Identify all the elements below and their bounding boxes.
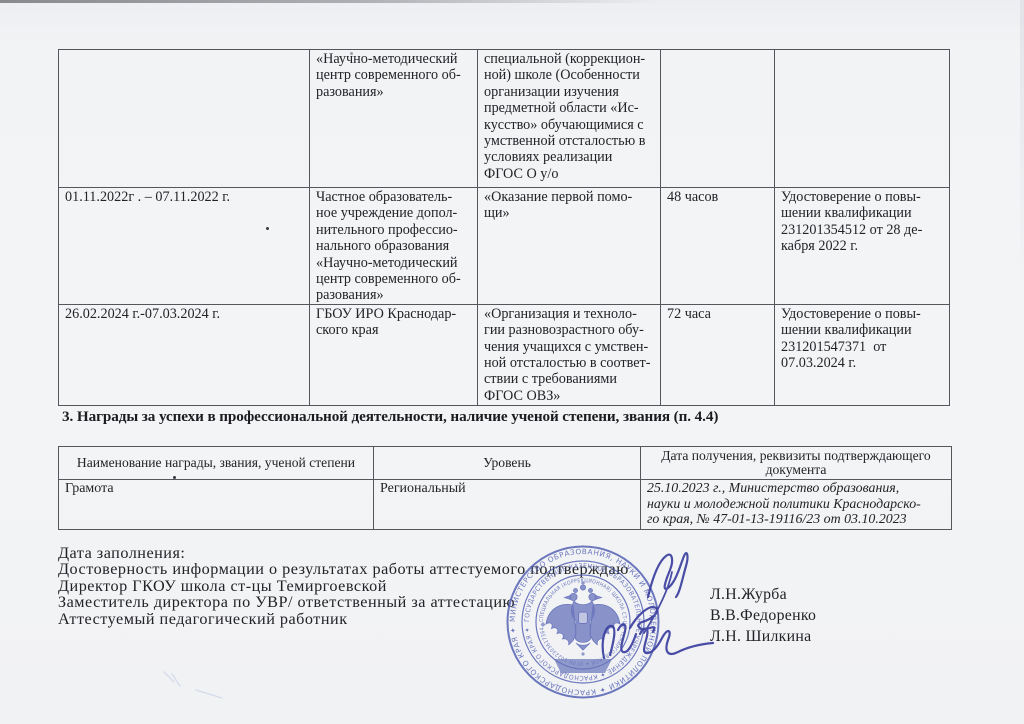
cell-certificate: Удостоверение о повы- шении квалификации… [775, 188, 950, 305]
cell-hours [661, 50, 775, 188]
cell-certificate [775, 50, 950, 188]
scan-edge-artifact [1020, 0, 1024, 724]
signature-zhurba [648, 553, 687, 597]
scan-artifact [350, 52, 353, 55]
cell-course: «Оказание первой помо- щи» [478, 188, 661, 305]
cell-award-name: Грамота [59, 480, 374, 530]
cell-period [59, 50, 310, 188]
cell-course: специальной (коррекцион- ной) школе (Осо… [478, 50, 661, 188]
signatures [588, 543, 728, 673]
cell-period: 01.11.2022г . – 07.11.2022 г. [59, 188, 310, 305]
scanned-document-page: «Научно-методический центр современного … [0, 0, 1024, 724]
table-header-row: Наименование награды, звания, ученой сте… [59, 447, 952, 480]
cell-hours: 48 часов [661, 188, 775, 305]
section-heading: 3. Награды за успехи в профессиональной … [62, 408, 982, 426]
cell-institution: Частное образователь- ное учреждение доп… [310, 188, 478, 305]
header-level: Уровень [374, 447, 641, 480]
table-row: 01.11.2022г . – 07.11.2022 г. Частное об… [59, 188, 950, 305]
table-row: Грамота Региональный 25.10.2023 г., Мини… [59, 480, 952, 530]
cell-hours: 72 часа [661, 304, 775, 405]
cell-period: 26.02.2024 г.-07.03.2024 г. [59, 304, 310, 405]
qualification-courses-table: «Научно-методический центр современного … [58, 49, 950, 406]
header-award-name: Наименование награды, звания, ученой сте… [59, 447, 374, 480]
signature-stroke [644, 572, 672, 633]
scan-edge-artifact [0, 0, 660, 3]
header-date-details: Дата получения, реквизиты подтверждающег… [641, 447, 952, 480]
table-row: 26.02.2024 г.-07.03.2024 г. ГБОУ ИРО Кра… [59, 304, 950, 405]
table-row: «Научно-методический центр современного … [59, 50, 950, 188]
cell-institution: «Научно-методический центр современного … [310, 50, 478, 188]
cell-certificate: Удостоверение о повы- шении квалификации… [775, 304, 950, 405]
scan-artifact [266, 227, 269, 230]
cell-date-details: 25.10.2023 г., Министерство образования,… [641, 480, 952, 530]
cell-course: «Организация и техноло- гии разновозраст… [478, 304, 661, 405]
awards-table: Наименование награды, звания, ученой сте… [58, 446, 952, 530]
cell-level: Региональный [374, 480, 641, 530]
cell-institution: ГБОУ ИРО Краснодар- ского края [310, 304, 478, 405]
signature-shilkina [603, 624, 713, 658]
scan-artifact [150, 658, 260, 708]
scan-artifact [173, 476, 176, 479]
